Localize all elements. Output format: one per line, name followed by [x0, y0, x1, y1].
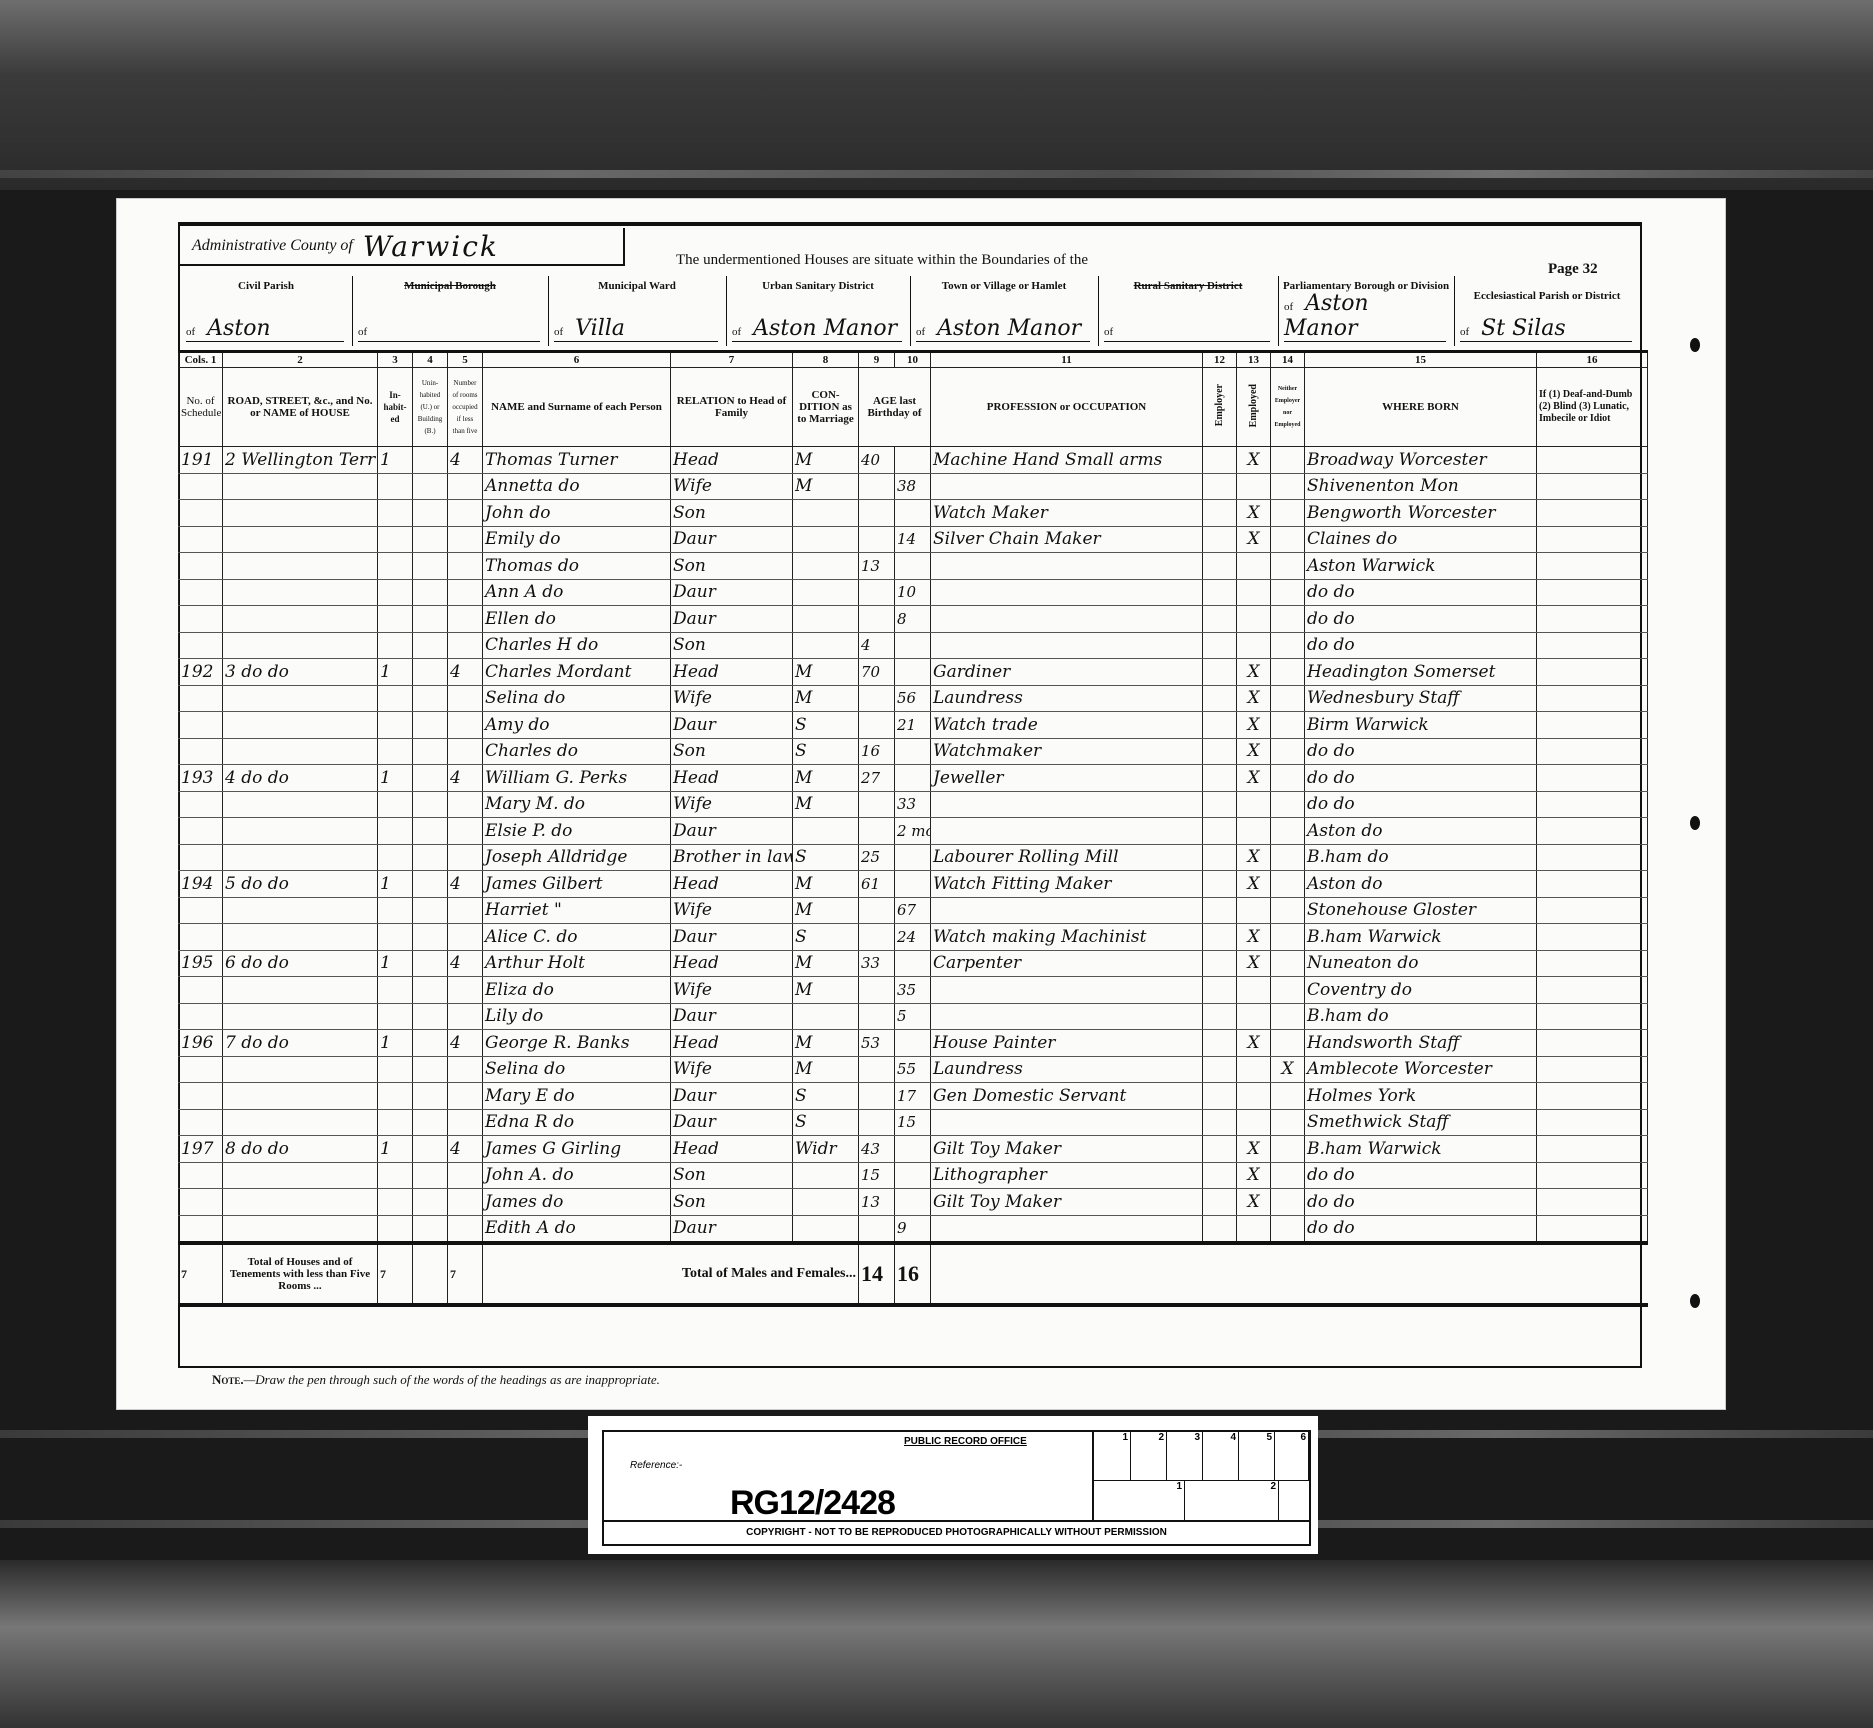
houses-uninhabited — [413, 791, 448, 818]
employed-mark — [1237, 977, 1271, 1004]
houses-inhabited — [378, 1056, 413, 1083]
neither-mark — [1271, 526, 1305, 553]
employed-mark — [1237, 579, 1271, 606]
person-name: James G Girling — [483, 1136, 671, 1163]
where-born: Headington Somerset — [1305, 659, 1537, 686]
age-female: 2 mo — [895, 818, 931, 845]
age-female: 14 — [895, 526, 931, 553]
age-male — [859, 685, 895, 712]
employer-mark — [1203, 1136, 1237, 1163]
houses-inhabited — [378, 473, 413, 500]
age-male: 43 — [859, 1136, 895, 1163]
rooms-count — [448, 738, 483, 765]
rooms-count: 4 — [448, 871, 483, 898]
age-male — [859, 1003, 895, 1030]
neither-mark — [1271, 1083, 1305, 1110]
age-male — [859, 791, 895, 818]
occupation — [931, 1003, 1203, 1030]
person-name: Annetta do — [483, 473, 671, 500]
marital-condition: M — [793, 659, 859, 686]
age-male — [859, 712, 895, 739]
infirmity — [1537, 1003, 1648, 1030]
punch-hole — [1690, 1294, 1700, 1308]
houses-inhabited — [378, 1003, 413, 1030]
age-female — [895, 659, 931, 686]
person-name: James do — [483, 1189, 671, 1216]
road-address: 5 do do — [223, 871, 378, 898]
where-born: do do — [1305, 1215, 1537, 1243]
infirmity — [1537, 659, 1648, 686]
age-male — [859, 526, 895, 553]
rooms-count — [448, 844, 483, 871]
age-female: 8 — [895, 606, 931, 633]
employer-mark — [1203, 765, 1237, 792]
person-name: Emily do — [483, 526, 671, 553]
age-female — [895, 553, 931, 580]
rooms-count: 4 — [448, 659, 483, 686]
neither-mark — [1271, 553, 1305, 580]
person-name: John do — [483, 500, 671, 527]
census-row: 1978 do do14James G GirlingHeadWidr43Gil… — [179, 1136, 1648, 1163]
houses-uninhabited — [413, 844, 448, 871]
person-name: John A. do — [483, 1162, 671, 1189]
marital-condition: Widr — [793, 1136, 859, 1163]
rooms-count: 4 — [448, 950, 483, 977]
person-name: Ann A do — [483, 579, 671, 606]
person-name: Thomas Turner — [483, 447, 671, 474]
infirmity — [1537, 1162, 1648, 1189]
employer-mark — [1203, 659, 1237, 686]
occupation: Carpenter — [931, 950, 1203, 977]
census-row: 1934 do do14William G. PerksHeadM27Jewel… — [179, 765, 1648, 792]
relation-to-head: Head — [671, 871, 793, 898]
age-male: 27 — [859, 765, 895, 792]
rooms-count — [448, 897, 483, 924]
infirmity — [1537, 1136, 1648, 1163]
reference-strip: PUBLIC RECORD OFFICE Reference:- RG12/24… — [588, 1416, 1318, 1554]
where-born: B.ham Warwick — [1305, 924, 1537, 951]
heading-condition: CON-DITION as to Marriage — [793, 368, 859, 447]
census-row: 1923 do do14Charles MordantHeadM70Gardin… — [179, 659, 1648, 686]
division-rural-sanitary-district: Rural Sanitary District of — [1098, 276, 1279, 346]
age-male — [859, 579, 895, 606]
neither-mark — [1271, 1030, 1305, 1057]
age-female — [895, 1189, 931, 1216]
person-name: Arthur Holt — [483, 950, 671, 977]
county-value: Warwick — [363, 230, 499, 263]
occupation: Gardiner — [931, 659, 1203, 686]
census-row: Harriet "WifeM67Stonehouse Gloster — [179, 897, 1648, 924]
where-born: do do — [1305, 791, 1537, 818]
where-born: B.ham do — [1305, 844, 1537, 871]
occupation: Lithographer — [931, 1162, 1203, 1189]
employer-mark — [1203, 1162, 1237, 1189]
census-row: 1967 do do14George R. BanksHeadM53House … — [179, 1030, 1648, 1057]
houses-inhabited — [378, 526, 413, 553]
age-female: 33 — [895, 791, 931, 818]
person-name: Mary E do — [483, 1083, 671, 1110]
marital-condition — [793, 526, 859, 553]
age-female: 5 — [895, 1003, 931, 1030]
census-row: Eliza doWifeM35Coventry do — [179, 977, 1648, 1004]
census-row: Annetta doWifeM38Shivenenton Mon — [179, 473, 1648, 500]
heading-age: AGE last Birthday of — [859, 368, 931, 447]
houses-uninhabited — [413, 500, 448, 527]
age-female — [895, 950, 931, 977]
rooms-count — [448, 818, 483, 845]
occupation — [931, 818, 1203, 845]
employed-mark — [1237, 473, 1271, 500]
employer-mark — [1203, 818, 1237, 845]
where-born: Broadway Worcester — [1305, 447, 1537, 474]
age-male — [859, 897, 895, 924]
census-row: Edith A doDaur9do do — [179, 1215, 1648, 1243]
neither-mark — [1271, 1136, 1305, 1163]
employer-mark — [1203, 950, 1237, 977]
where-born: Smethwick Staff — [1305, 1109, 1537, 1136]
employer-mark — [1203, 553, 1237, 580]
neither-mark — [1271, 844, 1305, 871]
infirmity — [1537, 447, 1648, 474]
punch-hole — [1690, 338, 1700, 352]
houses-uninhabited — [413, 1136, 448, 1163]
employed-mark: X — [1237, 685, 1271, 712]
houses-inhabited — [378, 977, 413, 1004]
infirmity — [1537, 871, 1648, 898]
marital-condition: S — [793, 844, 859, 871]
houses-inhabited — [378, 791, 413, 818]
rooms-count — [448, 1056, 483, 1083]
schedule-number — [179, 977, 223, 1004]
marital-condition — [793, 579, 859, 606]
census-table: Cols. 12345 678910 111213141516 No. of S… — [178, 350, 1648, 1307]
occupation — [931, 977, 1203, 1004]
marital-condition — [793, 553, 859, 580]
schedule-number — [179, 632, 223, 659]
employed-mark — [1237, 553, 1271, 580]
age-male: 40 — [859, 447, 895, 474]
census-row: Mary M. doWifeM33do do — [179, 791, 1648, 818]
relation-to-head: Daur — [671, 579, 793, 606]
occupation: Watch Fitting Maker — [931, 871, 1203, 898]
county-label: Administrative County of — [192, 237, 353, 255]
houses-inhabited: 1 — [378, 1136, 413, 1163]
houses-uninhabited — [413, 924, 448, 951]
infirmity — [1537, 1083, 1648, 1110]
age-female — [895, 632, 931, 659]
occupation: Jeweller — [931, 765, 1203, 792]
occupation: Gilt Toy Maker — [931, 1136, 1203, 1163]
division-urban-sanitary-district: Urban Sanitary District ofAston Manor — [726, 276, 911, 346]
houses-uninhabited — [413, 632, 448, 659]
occupation — [931, 632, 1203, 659]
employer-mark — [1203, 791, 1237, 818]
houses-uninhabited — [413, 712, 448, 739]
relation-to-head: Daur — [671, 818, 793, 845]
infirmity — [1537, 950, 1648, 977]
infirmity — [1537, 765, 1648, 792]
person-name: Edith A do — [483, 1215, 671, 1243]
age-male — [859, 473, 895, 500]
employed-mark: X — [1237, 1136, 1271, 1163]
road-address — [223, 1109, 378, 1136]
age-female — [895, 1030, 931, 1057]
relation-to-head: Son — [671, 738, 793, 765]
person-name: James Gilbert — [483, 871, 671, 898]
houses-inhabited — [378, 632, 413, 659]
age-female: 10 — [895, 579, 931, 606]
infirmity — [1537, 977, 1648, 1004]
occupation: Laundress — [931, 1056, 1203, 1083]
infirmity — [1537, 1056, 1648, 1083]
houses-uninhabited — [413, 1215, 448, 1243]
employed-mark: X — [1237, 871, 1271, 898]
where-born: do do — [1305, 632, 1537, 659]
employed-mark — [1237, 632, 1271, 659]
infirmity — [1537, 1109, 1648, 1136]
occupation — [931, 606, 1203, 633]
age-male: 25 — [859, 844, 895, 871]
heading-road: ROAD, STREET, &c., and No. or NAME of HO… — [223, 368, 378, 447]
road-address — [223, 606, 378, 633]
person-name: Elsie P. do — [483, 818, 671, 845]
schedule-number — [179, 712, 223, 739]
age-female — [895, 447, 931, 474]
heading-schedule: No. of Schedule — [179, 368, 223, 447]
column-heading-row: No. of Schedule ROAD, STREET, &c., and N… — [179, 368, 1648, 447]
employed-mark: X — [1237, 844, 1271, 871]
employer-mark — [1203, 738, 1237, 765]
neither-mark — [1271, 1162, 1305, 1189]
relation-to-head: Daur — [671, 1083, 793, 1110]
person-name: Mary M. do — [483, 791, 671, 818]
occupation: Silver Chain Maker — [931, 526, 1203, 553]
employed-mark: X — [1237, 1030, 1271, 1057]
houses-inhabited: 1 — [378, 765, 413, 792]
rooms-count — [448, 1162, 483, 1189]
age-female — [895, 871, 931, 898]
relation-to-head: Head — [671, 1030, 793, 1057]
rooms-count — [448, 685, 483, 712]
rooms-count — [448, 553, 483, 580]
infirmity — [1537, 818, 1648, 845]
road-address — [223, 712, 378, 739]
road-address — [223, 579, 378, 606]
neither-mark — [1271, 924, 1305, 951]
employer-mark — [1203, 685, 1237, 712]
census-row: Charles H doSon4do do — [179, 632, 1648, 659]
houses-inhabited — [378, 606, 413, 633]
infirmity — [1537, 844, 1648, 871]
rooms-count — [448, 526, 483, 553]
houses-uninhabited — [413, 659, 448, 686]
age-male: 16 — [859, 738, 895, 765]
relation-to-head: Son — [671, 1189, 793, 1216]
division-municipal-ward: Municipal Ward ofVilla — [548, 276, 727, 346]
infirmity — [1537, 897, 1648, 924]
employed-mark: X — [1237, 500, 1271, 527]
division-ecclesiastical-parish: Ecclesiastical Parish or District ofSt S… — [1454, 276, 1640, 346]
road-address: 6 do do — [223, 950, 378, 977]
totals-label: Total of Houses and of Tenements with le… — [223, 1243, 378, 1305]
census-row: Ellen doDaur8do do — [179, 606, 1648, 633]
employed-mark — [1237, 1215, 1271, 1243]
marital-condition — [793, 1215, 859, 1243]
infirmity — [1537, 553, 1648, 580]
houses-inhabited — [378, 1162, 413, 1189]
relation-to-head: Wife — [671, 791, 793, 818]
person-name: Charles do — [483, 738, 671, 765]
age-male: 53 — [859, 1030, 895, 1057]
marital-condition: M — [793, 685, 859, 712]
employed-mark — [1237, 791, 1271, 818]
neither-mark — [1271, 606, 1305, 633]
schedule-number — [179, 1003, 223, 1030]
marital-condition — [793, 818, 859, 845]
age-male: 33 — [859, 950, 895, 977]
census-row: Edna R doDaurS15Smethwick Staff — [179, 1109, 1648, 1136]
relation-to-head: Daur — [671, 1215, 793, 1243]
heading-neither: Neither Employer nor Employed — [1271, 368, 1305, 447]
employed-mark: X — [1237, 924, 1271, 951]
heading-infirmity: If (1) Deaf-and-Dumb (2) Blind (3) Lunat… — [1537, 368, 1648, 447]
schedule-number — [179, 1189, 223, 1216]
where-born: Aston do — [1305, 871, 1537, 898]
houses-uninhabited — [413, 1162, 448, 1189]
infirmity — [1537, 579, 1648, 606]
occupation — [931, 553, 1203, 580]
employed-mark: X — [1237, 765, 1271, 792]
person-name: Charles H do — [483, 632, 671, 659]
houses-uninhabited — [413, 447, 448, 474]
person-name: George R. Banks — [483, 1030, 671, 1057]
road-address — [223, 818, 378, 845]
person-name: Harriet " — [483, 897, 671, 924]
occupation: Gen Domestic Servant — [931, 1083, 1203, 1110]
employed-mark: X — [1237, 659, 1271, 686]
houses-uninhabited — [413, 818, 448, 845]
neither-mark — [1271, 500, 1305, 527]
occupation — [931, 1109, 1203, 1136]
road-address — [223, 632, 378, 659]
census-row: 1912 Wellington Terr14Thomas TurnerHeadM… — [179, 447, 1648, 474]
census-row: Lily doDaur5B.ham do — [179, 1003, 1648, 1030]
houses-inhabited — [378, 712, 413, 739]
marital-condition: S — [793, 712, 859, 739]
person-name: Joseph Alldridge — [483, 844, 671, 871]
person-name: Selina do — [483, 685, 671, 712]
occupation — [931, 897, 1203, 924]
relation-to-head: Daur — [671, 712, 793, 739]
rooms-count — [448, 977, 483, 1004]
employer-mark — [1203, 1056, 1237, 1083]
footer-note: Note.—Draw the pen through such of the w… — [212, 1372, 660, 1388]
houses-inhabited — [378, 1109, 413, 1136]
where-born: Aston Warwick — [1305, 553, 1537, 580]
age-male: 4 — [859, 632, 895, 659]
census-row: 1945 do do14James GilbertHeadM61Watch Fi… — [179, 871, 1648, 898]
marital-condition: M — [793, 473, 859, 500]
rooms-count — [448, 1109, 483, 1136]
houses-inhabited — [378, 1189, 413, 1216]
infirmity — [1537, 526, 1648, 553]
relation-to-head: Son — [671, 500, 793, 527]
road-address: 7 do do — [223, 1030, 378, 1057]
heading-inhabited: In-habit-ed — [378, 368, 413, 447]
person-name: William G. Perks — [483, 765, 671, 792]
houses-inhabited — [378, 553, 413, 580]
road-address — [223, 526, 378, 553]
road-address — [223, 1003, 378, 1030]
neither-mark — [1271, 1215, 1305, 1243]
marital-condition — [793, 1189, 859, 1216]
census-row: Mary E doDaurS17Gen Domestic ServantHolm… — [179, 1083, 1648, 1110]
neither-mark — [1271, 977, 1305, 1004]
age-female: 17 — [895, 1083, 931, 1110]
employer-mark — [1203, 1109, 1237, 1136]
age-female: 35 — [895, 977, 931, 1004]
occupation — [931, 1215, 1203, 1243]
employer-mark — [1203, 924, 1237, 951]
division-parliamentary-borough: Parliamentary Borough or Division ofAsto… — [1278, 276, 1455, 346]
census-row: Thomas doSon13Aston Warwick — [179, 553, 1648, 580]
houses-uninhabited — [413, 950, 448, 977]
persons-total-label: Total of Males and Females... — [483, 1243, 859, 1305]
relation-to-head: Son — [671, 553, 793, 580]
marital-condition: M — [793, 1056, 859, 1083]
infirmity — [1537, 738, 1648, 765]
schedule-number — [179, 738, 223, 765]
reference-label: Reference:- — [630, 1460, 682, 1471]
total-schedules: 7 — [179, 1243, 223, 1305]
schedule-number — [179, 1109, 223, 1136]
scale-ruler: 1 2 3 4 5 6 1 2 — [1092, 1432, 1311, 1520]
neither-mark — [1271, 950, 1305, 977]
marital-condition: S — [793, 1109, 859, 1136]
road-address — [223, 791, 378, 818]
employer-mark — [1203, 1030, 1237, 1057]
rooms-count — [448, 579, 483, 606]
houses-inhabited: 1 — [378, 950, 413, 977]
rooms-count: 4 — [448, 447, 483, 474]
employed-mark: X — [1237, 950, 1271, 977]
houses-inhabited — [378, 579, 413, 606]
schedule-number — [179, 791, 223, 818]
houses-inhabited — [378, 924, 413, 951]
age-female: 56 — [895, 685, 931, 712]
where-born: do do — [1305, 738, 1537, 765]
infirmity — [1537, 924, 1648, 951]
employed-mark — [1237, 818, 1271, 845]
houses-uninhabited — [413, 1003, 448, 1030]
column-number-row: Cols. 12345 678910 111213141516 — [179, 352, 1648, 368]
road-address — [223, 1215, 378, 1243]
where-born: Birm Warwick — [1305, 712, 1537, 739]
houses-uninhabited — [413, 871, 448, 898]
where-born: B.ham do — [1305, 1003, 1537, 1030]
houses-uninhabited — [413, 738, 448, 765]
rooms-count — [448, 606, 483, 633]
person-name: Selina do — [483, 1056, 671, 1083]
heading-where-born: WHERE BORN — [1305, 368, 1537, 447]
road-address — [223, 1162, 378, 1189]
houses-uninhabited — [413, 579, 448, 606]
road-address — [223, 738, 378, 765]
occupation: House Painter — [931, 1030, 1203, 1057]
relation-to-head: Head — [671, 765, 793, 792]
rooms-count — [448, 500, 483, 527]
schedule-number — [179, 844, 223, 871]
